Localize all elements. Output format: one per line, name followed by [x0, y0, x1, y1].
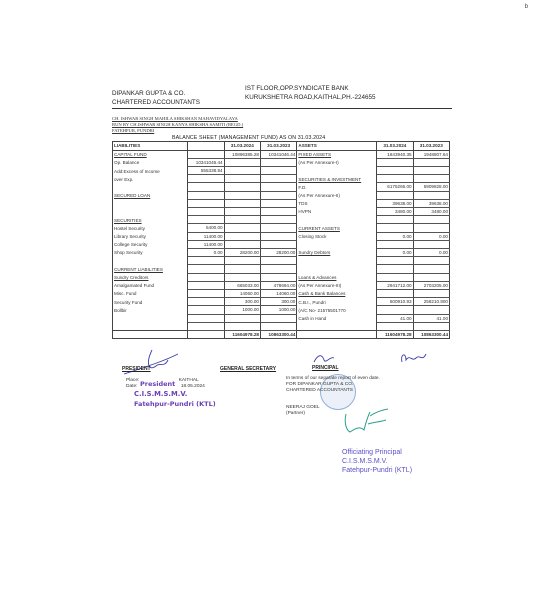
table-row: Shop Security0.0028200.0028200.00Sundry …: [113, 248, 450, 256]
general-secretary-label: GENERAL SECRETARY: [220, 366, 276, 372]
asset-2023: [413, 322, 449, 330]
liability-2023: [260, 265, 296, 273]
header-liabilities: LIABILITIES: [113, 142, 188, 150]
table-row: HVPN3480.003480.00: [113, 207, 450, 215]
asset-2023: 41.00: [413, 314, 449, 322]
liability-label: [113, 322, 188, 330]
asset-2023: [413, 167, 449, 175]
address-line-2: KURUKSHETRA ROAD,KAITHAL,PH.-224655: [245, 94, 376, 103]
institution-block: CH. ISHWAR SINGH MAHILA SHIKSHAN MAHAVID…: [112, 116, 452, 133]
liability-label: Sundry Creditors: [113, 273, 188, 281]
liability-2023: [260, 175, 296, 183]
asset-2023: 1948807.64: [413, 150, 449, 158]
liability-2023: [260, 224, 296, 232]
asset-label: CURRENT ASSETS: [297, 224, 377, 232]
liability-label: Misc. Fund: [113, 289, 188, 297]
firm-name: DIPANKAR GUPTA & CO.: [112, 90, 200, 99]
asset-2024: 0.00: [377, 232, 413, 240]
asset-2023: [413, 289, 449, 297]
liability-2024: [224, 175, 260, 183]
asset-2023: 0.00: [413, 232, 449, 240]
liability-2023: 28200.00: [260, 248, 296, 256]
liability-2024: [224, 232, 260, 240]
asset-label: (A/C No- 21575501770: [297, 306, 377, 314]
asset-label: SECURITIES & INVESTMENT: [297, 175, 377, 183]
totals-row: 11604978.2810863300.4411604978.281086330…: [113, 330, 450, 338]
asset-2024: [377, 175, 413, 183]
table-row: [113, 257, 450, 265]
liability-2023: [260, 273, 296, 281]
liability-subamount: [188, 175, 224, 183]
table-row: over Exp.SECURITIES & INVESTMENT: [113, 175, 450, 183]
liability-subamount: [188, 216, 224, 224]
asset-2023: 0.00: [413, 248, 449, 256]
firm-subtitle: CHARTERED ACCOUNTANTS: [112, 99, 200, 108]
table-row: SECURITIES: [113, 216, 450, 224]
asset-2023: [413, 273, 449, 281]
total-blank: [297, 330, 377, 338]
liability-subamount: [188, 306, 224, 314]
asset-2024: [377, 224, 413, 232]
asset-label: (As Per Annexure-I): [297, 158, 377, 166]
liability-2024: [224, 224, 260, 232]
asset-2023: [413, 216, 449, 224]
liability-label: [113, 257, 188, 265]
header-asset-2023: 31.03.2023: [413, 142, 449, 150]
liability-2023: [260, 191, 296, 199]
liability-2023: [260, 167, 296, 175]
liability-2023: [260, 322, 296, 330]
liability-2024: 300.00: [224, 298, 260, 306]
asset-2023: 2703205.00: [413, 281, 449, 289]
liability-2024: [224, 167, 260, 175]
asset-2023: [413, 224, 449, 232]
liability-subamount: [188, 199, 224, 207]
table-row: Cash in Hand41.0041.00: [113, 314, 450, 322]
header-liab-2023: 31.03.2023: [260, 142, 296, 150]
liability-subamount: [188, 207, 224, 215]
liability-label: Bollbir: [113, 306, 188, 314]
table-row: CURRENT LIABILITIES: [113, 265, 450, 273]
asset-label: C.B.I., Pundri: [297, 298, 377, 306]
table-row: Op. Balance10341046.44(As Per Annexure-I…: [113, 158, 450, 166]
asset-2023: 5909828.00: [413, 183, 449, 191]
asset-2024: [377, 289, 413, 297]
liability-subamount: [188, 191, 224, 199]
assets-total-2023: 10863300.44: [413, 330, 449, 338]
liabilities-total-2023: 10863300.44: [260, 330, 296, 338]
president-stamp-line-1: President: [140, 380, 175, 388]
liability-subamount: [188, 289, 224, 297]
table-row: Library Security11400.00Closing Stock0.0…: [113, 232, 450, 240]
asset-label: TDS: [297, 199, 377, 207]
principal-signature-icon: [312, 352, 336, 366]
principal-label: PRINCIPAL: [312, 365, 339, 371]
header-asset-2024: 31.03.2024: [377, 142, 413, 150]
liability-2023: [260, 207, 296, 215]
corner-mark: b: [525, 4, 528, 10]
asset-2024: 3480.00: [377, 207, 413, 215]
liability-2023: 300.00: [260, 298, 296, 306]
officiating-signature-icon: [340, 408, 392, 438]
president-stamp-line-3: Fatehpur-Pundri (KTL): [134, 400, 216, 408]
asset-label: (As Per Annexure-II): [297, 191, 377, 199]
date-label: Date:: [126, 384, 137, 389]
liability-subamount: [188, 314, 224, 322]
liability-2024: [224, 183, 260, 191]
liability-2023: 10341046.44: [260, 150, 296, 158]
asset-2024: [377, 273, 413, 281]
table-row: Bollbir1000.001000.00(A/C No- 2157550177…: [113, 306, 450, 314]
liability-2023: [260, 183, 296, 191]
asset-label: [297, 257, 377, 265]
liability-2024: [224, 216, 260, 224]
table-header-row: LIABILITIES 31.03.2024 31.03.2023 ASSETS…: [113, 142, 450, 150]
place-label: Place:: [126, 378, 139, 383]
liability-2023: 14060.00: [260, 289, 296, 297]
asset-2023: [413, 158, 449, 166]
asset-label: [297, 167, 377, 175]
liability-2024: 665033.00: [224, 281, 260, 289]
table-row: Security Fund300.00300.00C.B.I., Pundri6…: [113, 298, 450, 306]
liability-2024: 10896385.28: [224, 150, 260, 158]
asset-label: Closing Stock: [297, 232, 377, 240]
institution-location: FATEHPUR, PUNDRI: [112, 128, 452, 134]
table-row: Sundry CreditorsLoans & Advances: [113, 273, 450, 281]
liability-subamount: [188, 257, 224, 265]
asset-2024: [377, 257, 413, 265]
asset-2024: 41.00: [377, 314, 413, 322]
assets-total-2024: 11604978.28: [377, 330, 413, 338]
liability-label: CURRENT LIABILITIES: [113, 265, 188, 273]
liability-label: [113, 199, 188, 207]
president-stamp-line-2: C.I.S.M.S.M.V.: [134, 390, 187, 398]
place-value: KAITHAL: [179, 378, 199, 383]
liability-label: Op. Balance: [113, 158, 188, 166]
liability-subamount: 11400.00: [188, 240, 224, 248]
asset-label: [297, 216, 377, 224]
asset-2024: [377, 240, 413, 248]
officiating-principal-line-1: Officiating Principal: [342, 448, 402, 457]
asset-2024: [377, 191, 413, 199]
asset-label: Cash & Bank Balances: [297, 289, 377, 297]
liability-2023: [260, 240, 296, 248]
liability-subamount: [188, 281, 224, 289]
asset-2023: [413, 240, 449, 248]
total-blank: [188, 330, 224, 338]
liability-2023: [260, 199, 296, 207]
asset-label: F.D.: [297, 183, 377, 191]
asset-2023: [413, 191, 449, 199]
asset-label: [297, 322, 377, 330]
liability-label: [113, 183, 188, 191]
liability-label: Add:Excess of Income: [113, 167, 188, 175]
liability-label: [113, 314, 188, 322]
liability-2023: [260, 257, 296, 265]
asset-2024: 0.00: [377, 248, 413, 256]
liability-2024: [224, 199, 260, 207]
liability-2024: [224, 322, 260, 330]
firm-address: IST FLOOR,OPP.SYNDICATE BANK KURUKSHETRA…: [245, 85, 376, 102]
header-liab-2024: 31.03.2024: [224, 142, 260, 150]
balance-sheet-page: DIPANKAR GUPTA & CO. CHARTERED ACCOUNTAN…: [112, 84, 452, 339]
asset-label: Sundry Debtors: [297, 248, 377, 256]
asset-2024: 6175266.00: [377, 183, 413, 191]
officiating-principal-line-3: Fatehpur-Pundri (KTL): [342, 466, 412, 475]
liability-label: Library Security: [113, 232, 188, 240]
liability-2024: [224, 273, 260, 281]
table-row: Add:Excess of Income555338.84: [113, 167, 450, 175]
asset-2024: [377, 322, 413, 330]
asset-2023: [413, 265, 449, 273]
asset-label: [297, 240, 377, 248]
table-row: Amalgamated Fund665033.00478694.00(As Pe…: [113, 281, 450, 289]
asset-label: HVPN: [297, 207, 377, 215]
asset-label: Loans & Advances: [297, 273, 377, 281]
liability-2024: 14060.00: [224, 289, 260, 297]
table-row: Misc. Fund14060.0014060.00Cash & Bank Ba…: [113, 289, 450, 297]
liability-label: Hostel Security: [113, 224, 188, 232]
table-row: Hostel Security5400.00CURRENT ASSETS: [113, 224, 450, 232]
total-blank: [113, 330, 188, 338]
liability-label: SECURITIES: [113, 216, 188, 224]
address-line-1: IST FLOOR,OPP.SYNDICATE BANK: [245, 85, 376, 94]
asset-2024: 39638.00: [377, 199, 413, 207]
liability-2023: [260, 232, 296, 240]
asset-2024: [377, 216, 413, 224]
asset-label: (As Per Annexure-III): [297, 281, 377, 289]
liability-2023: [260, 314, 296, 322]
asset-2023: 3480.00: [413, 207, 449, 215]
asset-2024: [377, 167, 413, 175]
liability-subamount: 11400.00: [188, 232, 224, 240]
signature-section: PRESIDENT GENERAL SECRETARY PRINCIPAL Pl…: [112, 360, 452, 560]
liability-2024: [224, 158, 260, 166]
date-value: 18.05.2024: [181, 384, 205, 389]
liability-subamount: 10341046.44: [188, 158, 224, 166]
liability-subamount: [188, 183, 224, 191]
liability-2024: [224, 257, 260, 265]
asset-2023: [413, 175, 449, 183]
liability-2024: [224, 240, 260, 248]
firm-name-block: DIPANKAR GUPTA & CO. CHARTERED ACCOUNTAN…: [112, 90, 200, 107]
president-label: PRESIDENT: [122, 366, 151, 372]
liability-subamount: [188, 322, 224, 330]
liability-label: [113, 207, 188, 215]
liabilities-total-2024: 11604978.28: [224, 330, 260, 338]
president-signature-icon: [122, 348, 182, 378]
liability-subamount: [188, 273, 224, 281]
asset-2024: [377, 265, 413, 273]
header-blank: [188, 142, 224, 150]
table-row: College Security11400.00: [113, 240, 450, 248]
liability-2023: 1000.00: [260, 306, 296, 314]
asset-2023: 39638.00: [413, 199, 449, 207]
liability-subamount: [188, 298, 224, 306]
liability-subamount: [188, 150, 224, 158]
liability-2023: [260, 216, 296, 224]
asset-2024: 1843940.35: [377, 150, 413, 158]
liability-label: over Exp.: [113, 175, 188, 183]
asset-2024: [377, 306, 413, 314]
liability-subamount: [188, 265, 224, 273]
liability-label: College Security: [113, 240, 188, 248]
asset-2023: 258210.800: [413, 298, 449, 306]
balance-sheet-table: LIABILITIES 31.03.2024 31.03.2023 ASSETS…: [112, 141, 450, 339]
table-row: [113, 322, 450, 330]
liability-2023: [260, 158, 296, 166]
liability-2023: 478694.00: [260, 281, 296, 289]
liability-label: Amalgamated Fund: [113, 281, 188, 289]
liability-2024: [224, 265, 260, 273]
letterhead: DIPANKAR GUPTA & CO. CHARTERED ACCOUNTAN…: [112, 84, 452, 109]
liability-2024: [224, 314, 260, 322]
table-row: CAPITAL FUND10896385.2810341046.44FIXED …: [113, 150, 450, 158]
asset-2024: [377, 158, 413, 166]
liability-2024: 1000.00: [224, 306, 260, 314]
table-row: TDS39638.0039638.00: [113, 199, 450, 207]
liability-2024: [224, 191, 260, 199]
auditor-note: In terms of our separate report of even …: [286, 376, 380, 382]
asset-2023: [413, 306, 449, 314]
asset-label: [297, 265, 377, 273]
liability-subamount: 5400.00: [188, 224, 224, 232]
liability-label: SECURED LOAN: [113, 191, 188, 199]
liability-subamount: 0.00: [188, 248, 224, 256]
asset-2023: [413, 257, 449, 265]
secretary-signature-icon: [398, 350, 428, 366]
liability-2024: 28200.00: [224, 248, 260, 256]
liability-2024: [224, 207, 260, 215]
auditor-firm-subtitle: CHARTERED ACCOUNTANTS: [286, 388, 380, 394]
liability-label: Security Fund: [113, 298, 188, 306]
asset-label: FIXED ASSETS: [297, 150, 377, 158]
liability-subamount: 555338.84: [188, 167, 224, 175]
liability-label: Shop Security: [113, 248, 188, 256]
header-assets: ASSETS: [297, 142, 377, 150]
asset-label: Cash in Hand: [297, 314, 377, 322]
table-row: F.D.6175266.005909828.00: [113, 183, 450, 191]
asset-2024: 2941712.00: [377, 281, 413, 289]
asset-2024: 600910.93: [377, 298, 413, 306]
table-row: SECURED LOAN(As Per Annexure-II): [113, 191, 450, 199]
liability-label: CAPITAL FUND: [113, 150, 188, 158]
officiating-principal-line-2: C.I.S.M.S.M.V.: [342, 457, 388, 466]
